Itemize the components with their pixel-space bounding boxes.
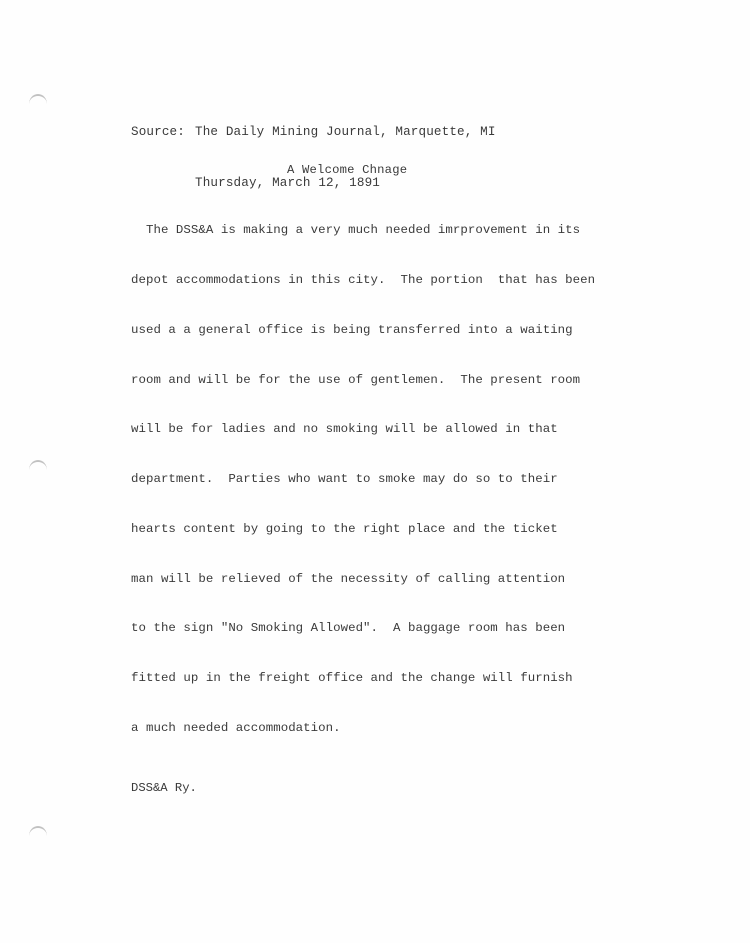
source-row: Source: The Daily Mining Journal, Marque… <box>131 124 496 141</box>
article-line: The DSS&A is making a very much needed i… <box>131 222 595 239</box>
article-line: department. Parties who want to smoke ma… <box>131 471 595 488</box>
article-line: man will be relieved of the necessity of… <box>131 571 595 588</box>
punch-hole-mark <box>29 460 47 470</box>
article-line: will be for ladies and no smoking will b… <box>131 421 595 438</box>
punch-hole-mark <box>29 826 47 836</box>
article-line: fitted up in the freight office and the … <box>131 670 595 687</box>
document-page: Source: The Daily Mining Journal, Marque… <box>0 0 750 943</box>
article-line: used a a general office is being transfe… <box>131 322 595 339</box>
article-line: a much needed accommodation. <box>131 720 595 737</box>
footer-signature: DSS&A Ry. <box>131 781 197 795</box>
article-line: room and will be for the use of gentleme… <box>131 372 595 389</box>
article-line: hearts content by going to the right pla… <box>131 521 595 538</box>
article-line: to the sign "No Smoking Allowed". A bagg… <box>131 620 595 637</box>
punch-hole-mark <box>29 94 47 104</box>
article-line: depot accommodations in this city. The p… <box>131 272 595 289</box>
source-publication: The Daily Mining Journal, Marquette, MI <box>195 124 496 141</box>
article-title: A Welcome Chnage <box>287 163 407 177</box>
article-body: The DSS&A is making a very much needed i… <box>131 189 595 770</box>
source-label: Source: <box>131 124 195 141</box>
